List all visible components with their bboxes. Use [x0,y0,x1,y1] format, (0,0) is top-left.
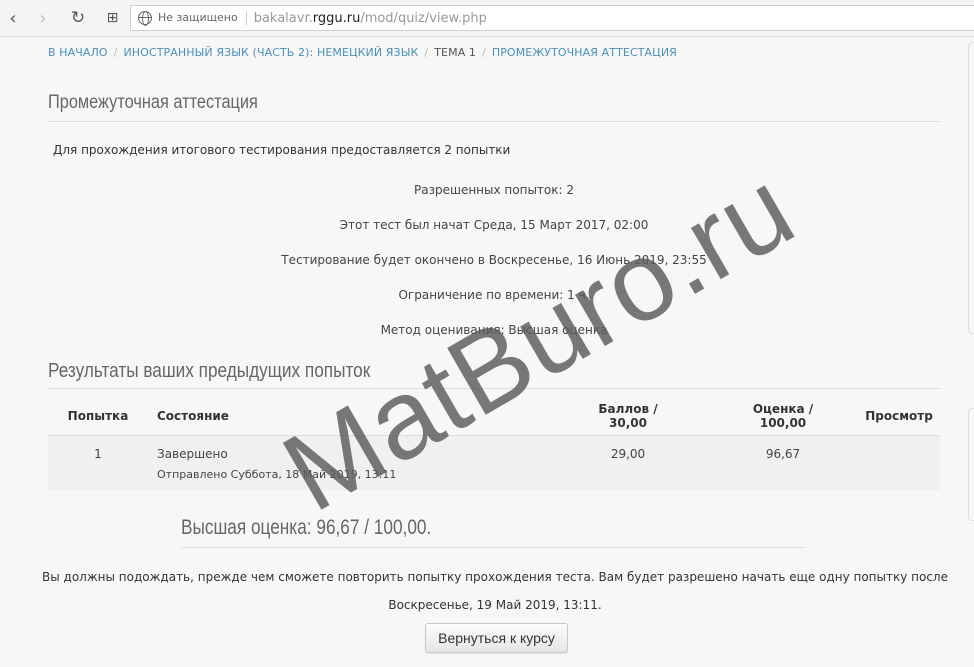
page-title: Промежуточная аттестация [48,92,258,114]
attempt-state: Завершено Отправлено Суббота, 18 Май 201… [148,435,488,490]
back-to-course-button[interactable]: Вернуться к курсу [425,623,568,653]
best-grade-divider [181,547,805,548]
breadcrumb-course[interactable]: ИНОСТРАННЫЙ ЯЗЫК (ЧАСТЬ 2): НЕМЕЦКИЙ ЯЗЫ… [123,46,418,59]
attempt-points: 29,00 [488,435,668,490]
wait-message: Вы должны подождать, прежде чем сможете … [40,563,950,619]
quiz-close-date: Тестирование будет окончено в Воскресень… [48,253,940,267]
security-indicator[interactable]: Не защищено [158,11,247,25]
table-header-row: Попытка Состояние Баллов / 30,00 Оценка … [48,398,940,435]
url-path: /mod/quiz/view.php [360,11,487,26]
attempt-review [838,435,940,490]
apps-button[interactable]: ⊞ [96,3,128,33]
submitted-date: Отправлено Суббота, 18 Май 2019, 13:11 [157,468,488,481]
breadcrumb-home[interactable]: В НАЧАЛО [48,46,108,59]
breadcrumb-topic[interactable]: ТЕМА 1 [434,46,476,59]
attempts-table: Попытка Состояние Баллов / 30,00 Оценка … [48,398,940,490]
address-bar[interactable]: Не защищено bakalavr.rggu.ru/mod/quiz/vi… [130,5,974,31]
quiz-intro: Для прохождения итогового тестирования п… [53,143,510,157]
reload-icon: ↻ [71,8,85,28]
chevron-right-icon: › [39,8,46,29]
back-button[interactable]: ‹ [0,3,26,33]
table-row: 1 Завершено Отправлено Суббота, 18 Май 2… [48,435,940,490]
state-label: Завершено [157,447,228,461]
chevron-left-icon: ‹ [9,8,16,29]
browser-toolbar: ‹ › ↻ ⊞ Не защищено bakalavr.rggu.ru/mod… [0,0,974,37]
col-review: Просмотр [838,398,940,435]
attempts-allowed: Разрешенных попыток: 2 [48,183,940,197]
breadcrumb-separator: / [424,46,428,59]
attempt-number: 1 [48,435,148,490]
best-grade: Высшая оценка: 96,67 / 100,00. [181,516,431,540]
col-points: Баллов / 30,00 [488,398,668,435]
quiz-open-date: Этот тест был начат Среда, 15 Март 2017,… [48,218,940,232]
reload-button[interactable]: ↻ [60,3,96,33]
results-divider [48,388,940,389]
url-prefix: bakalavr. [254,11,313,26]
col-grade: Оценка / 100,00 [668,398,838,435]
breadcrumb: В НАЧАЛО/ИНОСТРАННЫЙ ЯЗЫК (ЧАСТЬ 2): НЕМ… [48,46,677,59]
breadcrumb-separator: / [482,46,486,59]
grid-icon: ⊞ [107,10,118,26]
title-divider [48,121,940,122]
breadcrumb-separator: / [114,46,118,59]
forward-button[interactable]: › [26,3,60,33]
side-block [968,408,974,521]
col-state: Состояние [148,398,488,435]
time-limit: Ограничение по времени: 1 ч. [48,288,940,302]
col-attempt: Попытка [48,398,148,435]
url-text[interactable]: bakalavr.rggu.ru/mod/quiz/view.php [254,11,487,26]
globe-icon [138,11,152,25]
results-heading: Результаты ваших предыдущих попыток [48,360,370,383]
attempt-grade: 96,67 [668,435,838,490]
url-host: rggu.ru [313,11,361,26]
grading-method: Метод оценивания: Высшая оценка [48,323,940,337]
side-block [968,42,974,334]
breadcrumb-quiz[interactable]: ПРОМЕЖУТОЧНАЯ АТТЕСТАЦИЯ [492,46,677,59]
